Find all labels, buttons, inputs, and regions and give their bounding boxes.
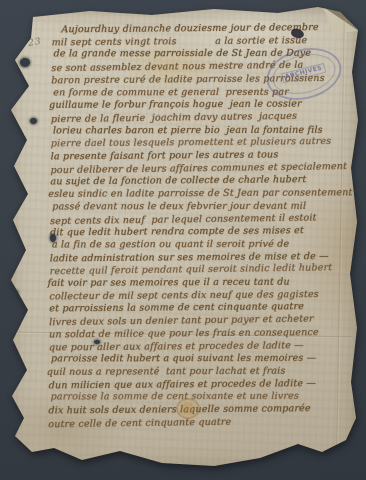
manuscript-scan: 1723 Aujourdhuy dimanche douziesme jour … [0,0,366,480]
manuscript-line: parroisse ledit hubert a quoi suivant le… [51,353,359,367]
margin-date-note: 1723 [14,37,42,52]
manuscript-line: Aujourdhuy dimanche douziesme jour de de… [52,22,360,37]
manuscript-line: quil nous a representé tant pour lachat … [47,365,355,379]
manuscript-page: 1723 Aujourdhuy dimanche douziesme jour … [0,0,366,480]
manuscript-line: a la fin de sa gestion ou quant il seroi… [52,239,360,253]
manuscript-line: parroisse la somme de cent soixante et u… [50,391,358,405]
paper-hole [94,340,100,344]
paper-hole [50,234,56,242]
paper-wrapper: 1723 Aujourdhuy dimanche douziesme jour … [0,0,366,480]
manuscript-line: fait voir par ses memoires que il a rece… [47,276,355,290]
paper-hole [11,290,18,296]
paper-hole [20,58,30,67]
manuscript-line: esleu sindic en ladite parroisse de St J… [48,187,356,201]
paper-hole [16,300,21,305]
paper-hole [30,118,37,124]
manuscript-line: pierre dael tous lesquels promettent et … [51,136,359,151]
ring-stain [176,398,200,419]
